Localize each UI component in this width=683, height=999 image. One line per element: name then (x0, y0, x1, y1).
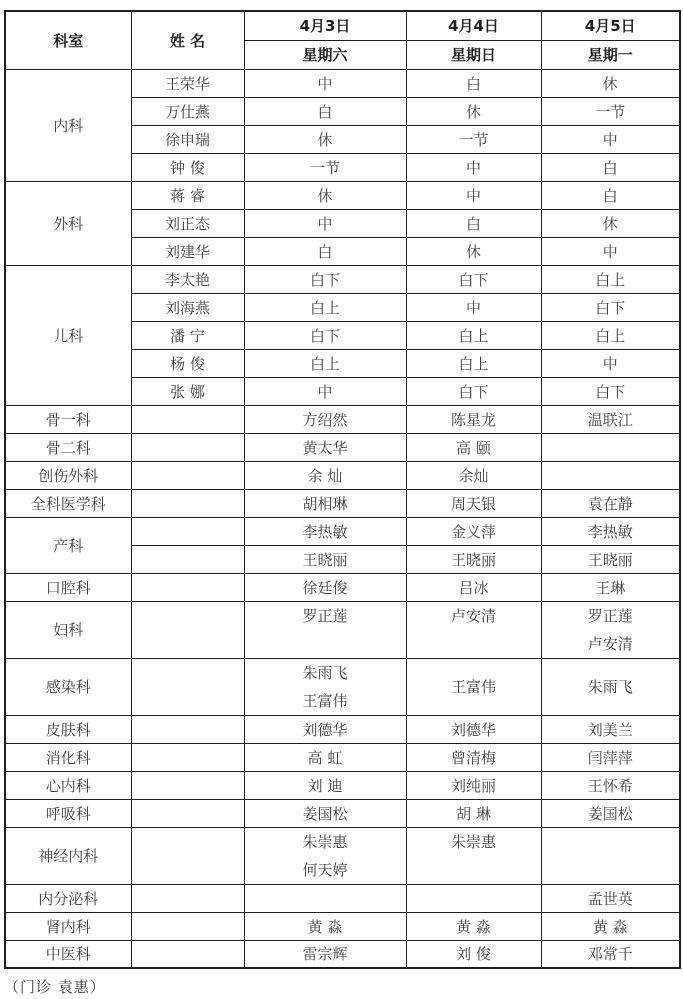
shift-cell: 刘 迪 (244, 771, 406, 799)
name-column-header: 姓 名 (131, 11, 244, 69)
shift-cell: 李热敏 (244, 517, 406, 545)
department-cell: 内科 (5, 69, 131, 181)
shift-cell: 白下 (406, 377, 541, 405)
name-cell (131, 743, 244, 771)
shift-cell: 中 (406, 293, 541, 321)
department-cell: 中医科 (5, 940, 131, 968)
shift-cell: 白 (244, 97, 406, 125)
department-cell: 产科 (5, 517, 131, 573)
day1-weekday-header: 星期六 (244, 40, 406, 69)
name-cell: 蒋 睿 (131, 181, 244, 209)
department-cell: 外科 (5, 181, 131, 265)
department-cell: 口腔科 (5, 573, 131, 601)
shift-cell: 李热敏 (541, 517, 680, 545)
shift-cell: 白 (406, 209, 541, 237)
name-cell (131, 573, 244, 601)
name-cell: 万仕燕 (131, 97, 244, 125)
shift-cell: 刘纯丽 (406, 771, 541, 799)
shift-cell: 白下 (406, 265, 541, 293)
name-cell (131, 405, 244, 433)
shift-cell: 一节 (244, 153, 406, 181)
shift-cell: 黄 淼 (406, 912, 541, 940)
name-cell: 刘正态 (131, 209, 244, 237)
name-cell (131, 658, 244, 715)
name-cell: 徐申瑞 (131, 125, 244, 153)
shift-cell: 袁在静 (541, 489, 680, 517)
table-row: 内科王荣华中白休 (5, 69, 680, 97)
department-cell: 消化科 (5, 743, 131, 771)
shift-cell: 余灿 (406, 461, 541, 489)
shift-cell: 白下 (244, 321, 406, 349)
table-row: 骨二科黄太华高 颐 (5, 433, 680, 461)
table-row: 皮肤科刘德华刘德华刘美兰 (5, 715, 680, 743)
day3-weekday-header: 星期一 (541, 40, 680, 69)
department-cell: 内分泌科 (5, 884, 131, 912)
shift-cell: 白上 (406, 349, 541, 377)
shift-cell: 白上 (541, 321, 680, 349)
name-cell: 刘建华 (131, 237, 244, 265)
shift-cell: 黄 淼 (541, 912, 680, 940)
shift-cell: 高 颐 (406, 433, 541, 461)
shift-cell: 休 (244, 181, 406, 209)
shift-cell: 一节 (406, 125, 541, 153)
shift-cell: 方绍然 (244, 405, 406, 433)
name-cell (131, 827, 244, 884)
table-header: 科室 姓 名 4月3日 4月4日 4月5日 星期六 星期日 星期一 (5, 11, 680, 69)
shift-line: 卢安清 (542, 630, 680, 658)
name-cell (131, 771, 244, 799)
name-cell (131, 433, 244, 461)
department-cell: 骨二科 (5, 433, 131, 461)
shift-cell: 胡相琳 (244, 489, 406, 517)
table-row: 肾内科黄 淼黄 淼黄 淼 (5, 912, 680, 940)
shift-cell: 卢安清 (406, 601, 541, 658)
shift-cell: 休 (406, 237, 541, 265)
shift-cell: 中 (541, 125, 680, 153)
name-cell (131, 489, 244, 517)
table-row: 中医科雷宗辉刘 俊邓常千 (5, 940, 680, 968)
name-cell: 钟 俊 (131, 153, 244, 181)
shift-cell: 黄 淼 (244, 912, 406, 940)
shift-cell: 闫萍萍 (541, 743, 680, 771)
shift-cell: 朱崇惠 (406, 827, 541, 884)
shift-line: 王富伟 (245, 687, 406, 715)
shift-cell: 王琳 (541, 573, 680, 601)
shift-cell: 邓常千 (541, 940, 680, 968)
name-cell: 刘海燕 (131, 293, 244, 321)
shift-cell: 中 (406, 181, 541, 209)
shift-cell: 胡 琳 (406, 799, 541, 827)
shift-cell: 朱崇惠何天婷 (244, 827, 406, 884)
name-cell (131, 799, 244, 827)
shift-cell: 金义萍 (406, 517, 541, 545)
name-cell (131, 912, 244, 940)
table-row: 感染科朱雨飞王富伟王富伟朱雨飞 (5, 658, 680, 715)
shift-cell: 休 (244, 125, 406, 153)
shift-cell: 中 (244, 69, 406, 97)
shift-cell: 罗正莲卢安清 (541, 601, 680, 658)
shift-line (245, 630, 406, 658)
schedule-body: 内科王荣华中白休万仕燕白休一节徐申瑞休一节中钟 俊一节中白外科蒋 睿休中白刘正态… (5, 69, 680, 968)
shift-cell: 刘美兰 (541, 715, 680, 743)
shift-cell: 王晓丽 (406, 545, 541, 573)
shift-line: 朱崇惠 (407, 828, 541, 856)
shift-cell: 刘德华 (244, 715, 406, 743)
table-row: 外科蒋 睿休中白 (5, 181, 680, 209)
shift-cell: 朱雨飞 (541, 658, 680, 715)
name-cell: 杨 俊 (131, 349, 244, 377)
table-row: 神经内科朱崇惠何天婷朱崇惠 (5, 827, 680, 884)
day2-weekday-header: 星期日 (406, 40, 541, 69)
shift-cell: 王晓丽 (541, 545, 680, 573)
shift-cell (244, 884, 406, 912)
department-cell: 创伤外科 (5, 461, 131, 489)
shift-cell: 休 (541, 209, 680, 237)
schedule-page: 科室 姓 名 4月3日 4月4日 4月5日 星期六 星期日 星期一 内科王荣华中… (0, 0, 683, 999)
name-cell (131, 517, 244, 545)
shift-cell: 王怀希 (541, 771, 680, 799)
table-row: 创伤外科余 灿余灿 (5, 461, 680, 489)
name-cell (131, 884, 244, 912)
department-cell: 儿科 (5, 265, 131, 405)
shift-cell: 吕冰 (406, 573, 541, 601)
table-row: 产科李热敏金义萍李热敏 (5, 517, 680, 545)
table-row: 心内科刘 迪刘纯丽王怀希 (5, 771, 680, 799)
shift-cell (406, 884, 541, 912)
shift-cell: 白下 (541, 377, 680, 405)
shift-cell: 中 (406, 153, 541, 181)
department-cell: 心内科 (5, 771, 131, 799)
shift-cell: 刘 俊 (406, 940, 541, 968)
day1-date-header: 4月3日 (244, 11, 406, 40)
shift-cell: 刘德华 (406, 715, 541, 743)
name-cell (131, 461, 244, 489)
name-cell (131, 545, 244, 573)
shift-cell: 陈星龙 (406, 405, 541, 433)
table-row: 全科医学科胡相琳周天银袁在静 (5, 489, 680, 517)
department-cell: 呼吸科 (5, 799, 131, 827)
department-cell: 神经内科 (5, 827, 131, 884)
shift-cell: 温联江 (541, 405, 680, 433)
shift-cell: 余 灿 (244, 461, 406, 489)
header-row-date: 科室 姓 名 4月3日 4月4日 4月5日 (5, 11, 680, 40)
shift-cell: 周天银 (406, 489, 541, 517)
shift-cell: 白 (541, 181, 680, 209)
shift-cell: 中 (244, 209, 406, 237)
shift-line: 何天婷 (245, 856, 406, 884)
table-row: 儿科李太艳白下白下白上 (5, 265, 680, 293)
department-cell: 妇科 (5, 601, 131, 658)
day2-date-header: 4月4日 (406, 11, 541, 40)
table-row: 妇科罗正莲卢安清罗正莲卢安清 (5, 601, 680, 658)
duty-schedule-table: 科室 姓 名 4月3日 4月4日 4月5日 星期六 星期日 星期一 内科王荣华中… (4, 10, 681, 969)
department-column-header: 科室 (5, 11, 131, 69)
shift-cell: 白 (406, 69, 541, 97)
shift-cell (541, 461, 680, 489)
table-row: 口腔科徐廷俊吕冰王琳 (5, 573, 680, 601)
department-cell: 皮肤科 (5, 715, 131, 743)
department-cell: 感染科 (5, 658, 131, 715)
shift-line: 罗正莲 (245, 602, 406, 630)
shift-cell: 白上 (244, 349, 406, 377)
shift-cell: 一节 (541, 97, 680, 125)
name-cell (131, 715, 244, 743)
shift-cell: 徐廷俊 (244, 573, 406, 601)
shift-cell: 白 (244, 237, 406, 265)
shift-cell: 中 (541, 349, 680, 377)
shift-cell: 中 (541, 237, 680, 265)
footer-note: （门诊 袁惠） (4, 976, 683, 997)
shift-cell: 孟世英 (541, 884, 680, 912)
shift-cell: 白上 (406, 321, 541, 349)
shift-cell: 白下 (244, 265, 406, 293)
shift-cell: 王富伟 (406, 658, 541, 715)
shift-cell: 白上 (541, 265, 680, 293)
department-cell: 肾内科 (5, 912, 131, 940)
shift-cell: 曾清梅 (406, 743, 541, 771)
shift-cell: 姜国松 (541, 799, 680, 827)
shift-cell: 罗正莲 (244, 601, 406, 658)
table-row: 骨一科方绍然陈星龙温联江 (5, 405, 680, 433)
shift-line: 卢安清 (407, 602, 541, 630)
department-cell: 全科医学科 (5, 489, 131, 517)
name-cell (131, 940, 244, 968)
name-cell (131, 601, 244, 658)
shift-line: 朱崇惠 (245, 828, 406, 856)
shift-cell: 黄太华 (244, 433, 406, 461)
shift-line (407, 856, 541, 884)
table-row: 消化科高 虹曾清梅闫萍萍 (5, 743, 680, 771)
shift-cell: 朱雨飞王富伟 (244, 658, 406, 715)
shift-cell: 雷宗辉 (244, 940, 406, 968)
shift-cell: 白 (541, 153, 680, 181)
name-cell: 王荣华 (131, 69, 244, 97)
day3-date-header: 4月5日 (541, 11, 680, 40)
name-cell: 张 娜 (131, 377, 244, 405)
shift-line: 朱雨飞 (245, 659, 406, 687)
name-cell: 潘 宁 (131, 321, 244, 349)
shift-line (407, 630, 541, 658)
department-cell: 骨一科 (5, 405, 131, 433)
shift-cell: 高 虹 (244, 743, 406, 771)
shift-cell: 中 (244, 377, 406, 405)
shift-cell: 休 (406, 97, 541, 125)
shift-cell: 白下 (541, 293, 680, 321)
shift-cell: 休 (541, 69, 680, 97)
table-row: 内分泌科孟世英 (5, 884, 680, 912)
shift-cell (541, 827, 680, 884)
shift-cell (541, 433, 680, 461)
name-cell: 李太艳 (131, 265, 244, 293)
shift-line: 罗正莲 (542, 602, 680, 630)
shift-cell: 白上 (244, 293, 406, 321)
shift-cell: 姜国松 (244, 799, 406, 827)
table-row: 呼吸科姜国松胡 琳姜国松 (5, 799, 680, 827)
shift-cell: 王晓丽 (244, 545, 406, 573)
